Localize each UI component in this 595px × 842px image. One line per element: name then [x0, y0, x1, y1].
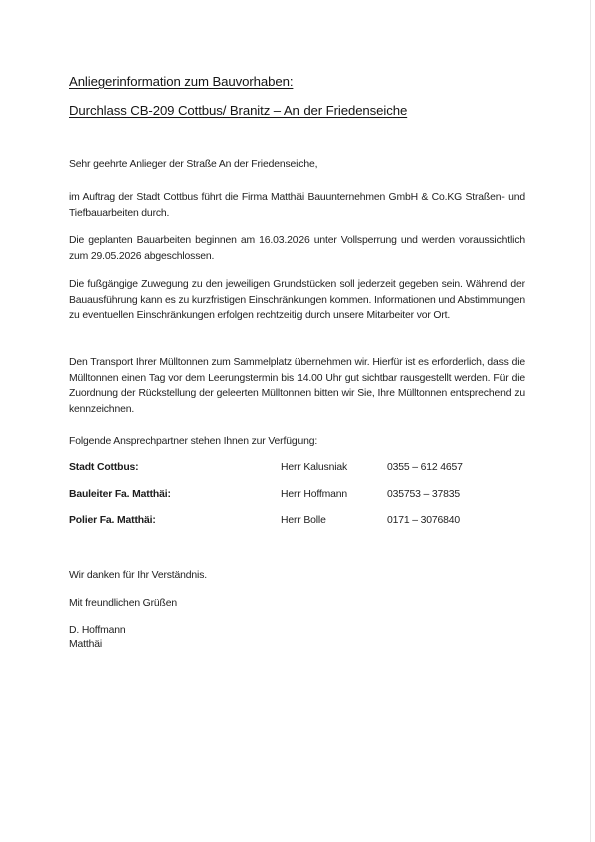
contact-phone: 0171 – 3076840	[387, 515, 460, 526]
document-title: Anliegerinformation zum Bauvorhaben:	[69, 74, 293, 89]
contact-person: Herr Kalusniak	[281, 462, 347, 473]
contact-phone: 0355 – 612 4657	[387, 462, 463, 473]
document-subtitle: Durchlass CB-209 Cottbus/ Branitz – An d…	[69, 103, 407, 118]
contact-person: Herr Hoffmann	[281, 489, 347, 500]
contact-organization: Bauleiter Fa. Matthäi:	[69, 489, 171, 500]
contact-row: Stadt Cottbus: Herr Kalusniak 0355 – 612…	[69, 462, 539, 478]
salutation: Sehr geehrte Anlieger der Straße An der …	[69, 157, 525, 173]
signature-name: D. Hoffmann	[69, 624, 525, 638]
contact-row: Bauleiter Fa. Matthäi: Herr Hoffmann 035…	[69, 489, 539, 505]
contact-organization: Stadt Cottbus:	[69, 462, 138, 473]
contact-person: Herr Bolle	[281, 515, 326, 526]
paragraph-dates: Die geplanten Bauarbeiten beginnen am 16…	[69, 233, 525, 264]
paragraph-intro: im Auftrag der Stadt Cottbus führt die F…	[69, 190, 525, 221]
signature-company: Matthäi	[69, 638, 525, 652]
closing-thanks: Wir danken für Ihr Verständnis.	[69, 568, 525, 584]
contact-organization: Polier Fa. Matthäi:	[69, 515, 156, 526]
paragraph-waste-bins: Den Transport Ihrer Mülltonnen zum Samme…	[69, 355, 525, 417]
document-page: Anliegerinformation zum Bauvorhaben: Dur…	[0, 0, 595, 842]
scan-edge-line	[590, 0, 591, 842]
contact-phone: 035753 – 37835	[387, 489, 460, 500]
paragraph-contacts-intro: Folgende Ansprechpartner stehen Ihnen zu…	[69, 434, 525, 450]
contact-row: Polier Fa. Matthäi: Herr Bolle 0171 – 30…	[69, 515, 539, 531]
paragraph-access: Die fußgängige Zuwegung zu den jeweilige…	[69, 277, 525, 324]
closing-regards: Mit freundlichen Grüßen	[69, 596, 525, 612]
